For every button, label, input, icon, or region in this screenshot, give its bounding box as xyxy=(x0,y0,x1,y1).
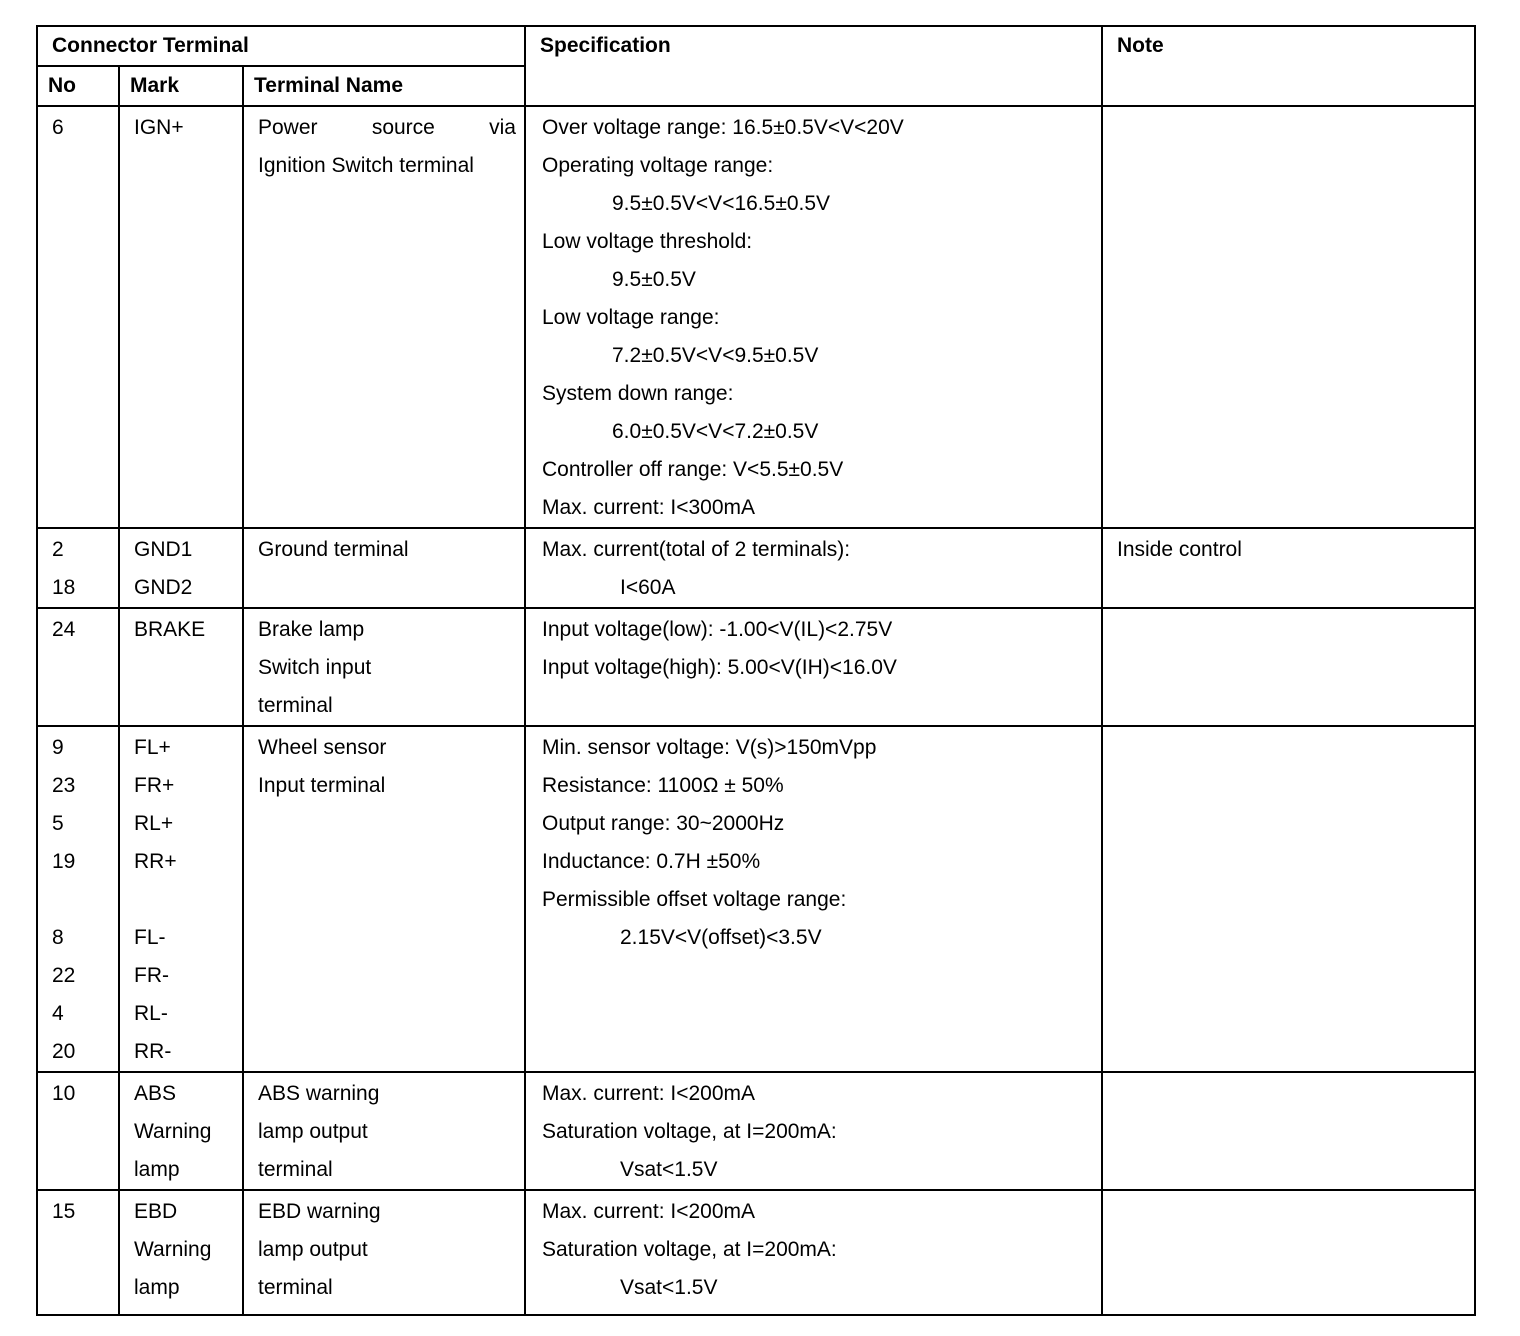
terminal-name: Ground terminal xyxy=(244,531,524,569)
terminal-mark: BRAKE xyxy=(120,611,242,649)
terminal-mark: FL- xyxy=(120,919,242,957)
specification-line: I<60A xyxy=(526,569,1101,607)
header-row-group: Connector Terminal Specification Note xyxy=(37,26,1475,66)
terminal-no-cell: 923519822420 xyxy=(37,726,119,1072)
terminal-name-word: source xyxy=(372,109,435,147)
specification-line: Resistance: 1100Ω ± 50% xyxy=(526,767,1101,805)
table-row: 15EBDWarninglampEBD warninglamp outputte… xyxy=(37,1190,1475,1315)
terminal-mark: RR- xyxy=(120,1033,242,1071)
note-header: Note xyxy=(1102,26,1475,106)
terminal-mark: FL+ xyxy=(120,729,242,767)
terminal-mark-cell: BRAKE xyxy=(119,608,243,726)
terminal-no: 22 xyxy=(38,957,118,995)
table-row: 10ABSWarninglampABS warninglamp outputte… xyxy=(37,1072,1475,1190)
terminal-name: ABS warning xyxy=(244,1075,524,1113)
terminal-name: lamp output xyxy=(244,1113,524,1151)
specification-cell: Max. current(total of 2 terminals):I<60A xyxy=(525,528,1102,608)
specification-cell: Input voltage(low): -1.00<V(IL)<2.75VInp… xyxy=(525,608,1102,726)
terminal-no: 18 xyxy=(38,569,118,607)
specification-line: 9.5±0.5V xyxy=(526,261,1101,299)
terminal-mark: RL- xyxy=(120,995,242,1033)
specification-line: Saturation voltage, at I=200mA: xyxy=(526,1113,1101,1151)
specification-line: Inductance: 0.7H ±50% xyxy=(526,843,1101,881)
note-text: Inside control xyxy=(1103,531,1474,569)
specification-line: Operating voltage range: xyxy=(526,147,1101,185)
terminal-no: 10 xyxy=(38,1075,118,1113)
terminal-mark: FR- xyxy=(120,957,242,995)
specification-line: Max. current: I<300mA xyxy=(526,489,1101,527)
terminal-no-cell: 218 xyxy=(37,528,119,608)
table-row: 24BRAKEBrake lampSwitch inputterminalInp… xyxy=(37,608,1475,726)
terminal-name: terminal xyxy=(244,1151,524,1189)
terminal-mark-cell: FL+FR+RL+RR+FL-FR-RL-RR- xyxy=(119,726,243,1072)
terminal-name: Input terminal xyxy=(244,767,524,805)
terminal-name: Switch input xyxy=(244,649,524,687)
terminal-mark: Warning xyxy=(120,1231,242,1269)
specification-cell: Max. current: I<200mASaturation voltage,… xyxy=(525,1190,1102,1315)
terminal-name: terminal xyxy=(244,1269,524,1307)
terminal-mark: EBD xyxy=(120,1193,242,1231)
specification-header: Specification xyxy=(525,26,1102,106)
connector-terminal-header: Connector Terminal xyxy=(37,26,525,66)
specification-cell: Over voltage range: 16.5±0.5V<V<20VOpera… xyxy=(525,106,1102,528)
specification-line: Permissible offset voltage range: xyxy=(526,881,1101,919)
specification-line: Min. sensor voltage: V(s)>150mVpp xyxy=(526,729,1101,767)
terminal-no: 9 xyxy=(38,729,118,767)
terminal-no: 8 xyxy=(38,919,118,957)
terminal-mark-cell: ABSWarninglamp xyxy=(119,1072,243,1190)
specification-line: 7.2±0.5V<V<9.5±0.5V xyxy=(526,337,1101,375)
note-cell xyxy=(1102,726,1475,1072)
specification-line: Input voltage(low): -1.00<V(IL)<2.75V xyxy=(526,611,1101,649)
specification-cell: Min. sensor voltage: V(s)>150mVppResista… xyxy=(525,726,1102,1072)
terminal-mark xyxy=(120,881,242,919)
terminal-name: terminal xyxy=(244,687,524,725)
table-row: 923519822420FL+FR+RL+RR+FL-FR-RL-RR-Whee… xyxy=(37,726,1475,1072)
terminal-mark: IGN+ xyxy=(120,109,242,147)
terminal-no: 5 xyxy=(38,805,118,843)
terminal-no: 23 xyxy=(38,767,118,805)
specification-line: Max. current: I<200mA xyxy=(526,1193,1101,1231)
connector-terminal-spec-table: Connector Terminal Specification Note No… xyxy=(36,25,1476,1316)
note-cell: Inside control xyxy=(1102,528,1475,608)
specification-line: 6.0±0.5V<V<7.2±0.5V xyxy=(526,413,1101,451)
terminal-mark-cell: GND1GND2 xyxy=(119,528,243,608)
terminal-mark: RL+ xyxy=(120,805,242,843)
terminal-name-word: Power xyxy=(258,109,318,147)
terminal-name: EBD warning xyxy=(244,1193,524,1231)
terminal-name-header: Terminal Name xyxy=(243,66,525,106)
terminal-no: 19 xyxy=(38,843,118,881)
terminal-mark: lamp xyxy=(120,1269,242,1307)
terminal-name: lamp output xyxy=(244,1231,524,1269)
specification-line: Low voltage threshold: xyxy=(526,223,1101,261)
terminal-name: Ignition Switch terminal xyxy=(244,147,524,185)
specification-line: 9.5±0.5V<V<16.5±0.5V xyxy=(526,185,1101,223)
terminal-name-cell: PowersourceviaIgnition Switch terminal xyxy=(243,106,525,528)
specification-line: System down range: xyxy=(526,375,1101,413)
terminal-no-cell: 6 xyxy=(37,106,119,528)
table-row: 218GND1GND2Ground terminalMax. current(t… xyxy=(37,528,1475,608)
terminal-no: 2 xyxy=(38,531,118,569)
specification-line: 2.15V<V(offset)<3.5V xyxy=(526,919,1101,957)
terminal-no-cell: 24 xyxy=(37,608,119,726)
terminal-name: Powersourcevia xyxy=(244,109,524,147)
specification-line: Low voltage range: xyxy=(526,299,1101,337)
table-row: 6IGN+PowersourceviaIgnition Switch termi… xyxy=(37,106,1475,528)
terminal-no: 24 xyxy=(38,611,118,649)
terminal-no xyxy=(38,881,118,919)
note-cell xyxy=(1102,1072,1475,1190)
specification-line: Output range: 30~2000Hz xyxy=(526,805,1101,843)
terminal-mark: GND1 xyxy=(120,531,242,569)
terminal-name: Wheel sensor xyxy=(244,729,524,767)
terminal-name-cell: Ground terminal xyxy=(243,528,525,608)
terminal-name-cell: EBD warninglamp outputterminal xyxy=(243,1190,525,1315)
specification-line: Saturation voltage, at I=200mA: xyxy=(526,1231,1101,1269)
specification-line: Over voltage range: 16.5±0.5V<V<20V xyxy=(526,109,1101,147)
specification-line: Vsat<1.5V xyxy=(526,1151,1101,1189)
terminal-no-cell: 10 xyxy=(37,1072,119,1190)
specification-line: Max. current: I<200mA xyxy=(526,1075,1101,1113)
terminal-no: 6 xyxy=(38,109,118,147)
terminal-no: 20 xyxy=(38,1033,118,1071)
terminal-mark: RR+ xyxy=(120,843,242,881)
no-header: No xyxy=(37,66,119,106)
terminal-name-cell: Wheel sensorInput terminal xyxy=(243,726,525,1072)
terminal-no: 4 xyxy=(38,995,118,1033)
specification-line: Controller off range: V<5.5±0.5V xyxy=(526,451,1101,489)
terminal-mark: ABS xyxy=(120,1075,242,1113)
terminal-name-cell: ABS warninglamp outputterminal xyxy=(243,1072,525,1190)
note-cell xyxy=(1102,608,1475,726)
terminal-mark: GND2 xyxy=(120,569,242,607)
specification-line: Input voltage(high): 5.00<V(IH)<16.0V xyxy=(526,649,1101,687)
specification-line: Vsat<1.5V xyxy=(526,1269,1101,1307)
terminal-mark-cell: EBDWarninglamp xyxy=(119,1190,243,1315)
note-cell xyxy=(1102,106,1475,528)
terminal-mark-cell: IGN+ xyxy=(119,106,243,528)
terminal-name-word: via xyxy=(489,109,516,147)
terminal-name: Brake lamp xyxy=(244,611,524,649)
terminal-mark: Warning xyxy=(120,1113,242,1151)
table-body: 6IGN+PowersourceviaIgnition Switch termi… xyxy=(37,106,1475,1315)
terminal-mark: lamp xyxy=(120,1151,242,1189)
note-cell xyxy=(1102,1190,1475,1315)
terminal-no: 15 xyxy=(38,1193,118,1231)
specification-cell: Max. current: I<200mASaturation voltage,… xyxy=(525,1072,1102,1190)
specification-line: Max. current(total of 2 terminals): xyxy=(526,531,1101,569)
terminal-name-cell: Brake lampSwitch inputterminal xyxy=(243,608,525,726)
terminal-mark: FR+ xyxy=(120,767,242,805)
mark-header: Mark xyxy=(119,66,243,106)
terminal-no-cell: 15 xyxy=(37,1190,119,1315)
